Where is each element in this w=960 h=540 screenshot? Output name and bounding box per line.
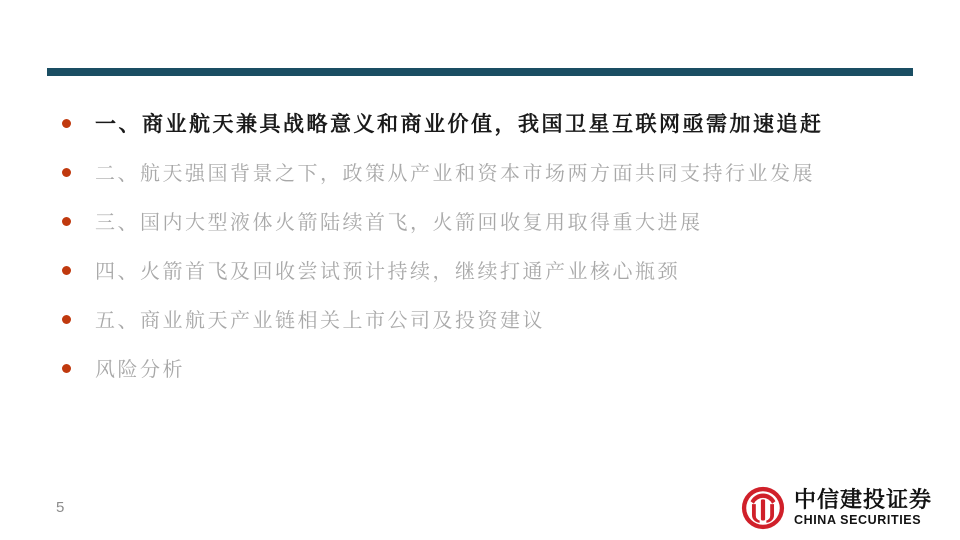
toc-item-text: 风险分析 [95,353,185,382]
bullet-icon [62,168,71,177]
bullet-icon [62,315,71,324]
toc-item-3: 三、国内大型液体火箭陆续首飞，火箭回收复用取得重大进展 [62,196,924,245]
toc-item-6: 风险分析 [62,343,924,392]
toc-item-4: 四、火箭首飞及回收尝试预计持续，继续打通产业核心瓶颈 [62,245,924,294]
toc-item-text: 五、商业航天产业链相关上市公司及投资建议 [95,304,545,333]
china-securities-logo-icon [740,485,786,531]
page-number: 5 [56,499,64,516]
bullet-icon [62,364,71,373]
toc-item-1: 一、商业航天兼具战略意义和商业价值，我国卫星互联网亟需加速追赶 [62,98,924,147]
toc-item-2: 二、航天强国背景之下，政策从产业和资本市场两方面共同支持行业发展 [62,147,924,196]
presentation-slide: 一、商业航天兼具战略意义和商业价值，我国卫星互联网亟需加速追赶 二、航天强国背景… [0,0,960,540]
brand-name-english: CHINA SECURITIES [794,514,932,527]
brand-name-chinese: 中信建投证券 [794,489,932,511]
toc-item-5: 五、商业航天产业链相关上市公司及投资建议 [62,294,924,343]
brand-logo: 中信建投证券 CHINA SECURITIES [740,485,932,531]
bullet-icon [62,266,71,275]
top-divider-bar [47,68,913,76]
toc-item-text: 一、商业航天兼具战略意义和商业价值，我国卫星互联网亟需加速追赶 [95,108,824,138]
toc-item-text: 三、国内大型液体火箭陆续首飞，火箭回收复用取得重大进展 [95,206,703,235]
bullet-icon [62,217,71,226]
toc-item-text: 四、火箭首飞及回收尝试预计持续，继续打通产业核心瓶颈 [95,255,680,284]
bullet-icon [62,119,71,128]
toc-list: 一、商业航天兼具战略意义和商业价值，我国卫星互联网亟需加速追赶 二、航天强国背景… [62,98,924,392]
toc-item-text: 二、航天强国背景之下，政策从产业和资本市场两方面共同支持行业发展 [95,157,815,186]
brand-text: 中信建投证券 CHINA SECURITIES [794,489,932,527]
